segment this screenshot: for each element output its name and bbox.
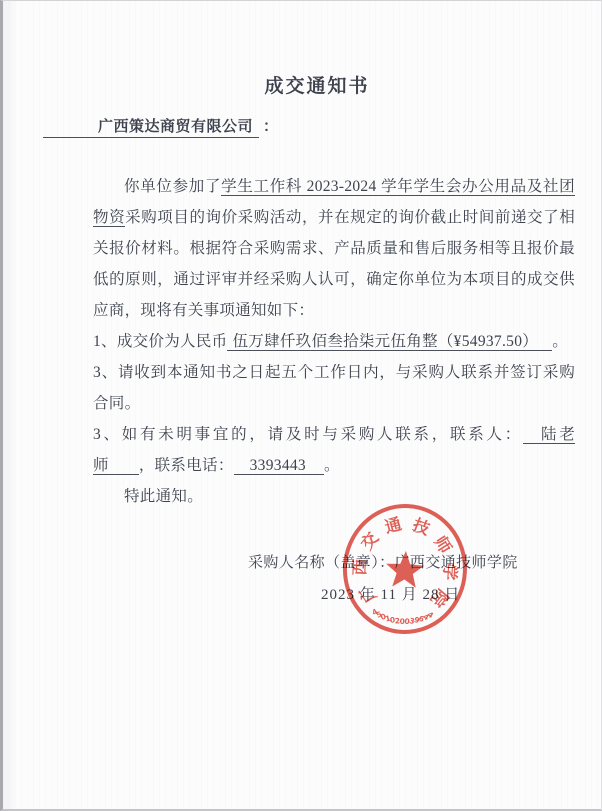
seal-char: 西 bbox=[350, 558, 370, 576]
item-2: 3、请收到本通知书之日起五个工作日内，与采购人联系并签订采购合同。 bbox=[93, 357, 575, 419]
document-title: 成交通知书 bbox=[18, 71, 602, 98]
item-1: 1、成交价为人民币伍万肆仟玖佰叁拾柒元伍角整（¥54937.50）。 bbox=[93, 326, 575, 357]
seal-char: 技 bbox=[409, 514, 433, 539]
seal-char: 交 bbox=[356, 528, 382, 554]
seal-char: 学 bbox=[440, 563, 461, 581]
item-3-mid: ，联系电话： bbox=[139, 457, 234, 474]
seal-star-icon bbox=[385, 550, 425, 588]
document-body: 你单位参加了学生工作科 2023-2024 学年学生会办公用品及社团物资采购项目… bbox=[93, 171, 575, 512]
item-3-phone-underlined: 3393443 bbox=[234, 457, 324, 475]
item-3-prefix: 如有未明事宜的，请及时与采购人联系，联系人： bbox=[122, 426, 523, 443]
seal-char: 院 bbox=[427, 585, 453, 611]
item-1-end: 。 bbox=[552, 333, 568, 350]
recipient-company: 广西策达商贸有限公司 bbox=[43, 115, 259, 138]
item-2-number: 3、 bbox=[93, 364, 118, 381]
item-3-number: 3、 bbox=[93, 426, 122, 443]
seal-char: 广 bbox=[354, 582, 380, 607]
recipient-colon: ： bbox=[259, 119, 279, 135]
intro-rest: 采购项目的询价采购活动，并在规定的询价截止时间前递交了相关报价材料。根据符合采购… bbox=[93, 209, 575, 319]
intro-pre: 你单位参加了 bbox=[124, 178, 221, 195]
item-3-end: 。 bbox=[324, 457, 340, 474]
seal-graphic: 广西交通技师学院 4501020039644 bbox=[320, 483, 490, 653]
item-1-amount-underlined: 伍万肆仟玖佰叁拾柒元伍角整（¥54937.50） bbox=[227, 333, 552, 351]
intro-paragraph: 你单位参加了学生工作科 2023-2024 学年学生会办公用品及社团物资采购项目… bbox=[93, 171, 575, 326]
item-1-number: 1、 bbox=[93, 333, 117, 350]
recipient-line: 广西策达商贸有限公司： bbox=[43, 115, 279, 138]
seal-char: 师 bbox=[430, 533, 455, 558]
item-2-text: 请收到本通知书之日起五个工作日内，与采购人联系并签订采购合同。 bbox=[93, 364, 575, 412]
item-3: 3、如有未明事宜的，请及时与采购人联系，联系人：陆老师，联系电话：3393443… bbox=[93, 419, 575, 481]
scanned-document-page: 成交通知书 广西策达商贸有限公司： 你单位参加了学生工作科 2023-2024 … bbox=[0, 0, 602, 811]
seal-char: 通 bbox=[382, 513, 404, 537]
official-seal: 广西交通技师学院 4501020039644 bbox=[320, 483, 490, 653]
item-1-prefix: 成交价为人民币 bbox=[117, 333, 228, 350]
